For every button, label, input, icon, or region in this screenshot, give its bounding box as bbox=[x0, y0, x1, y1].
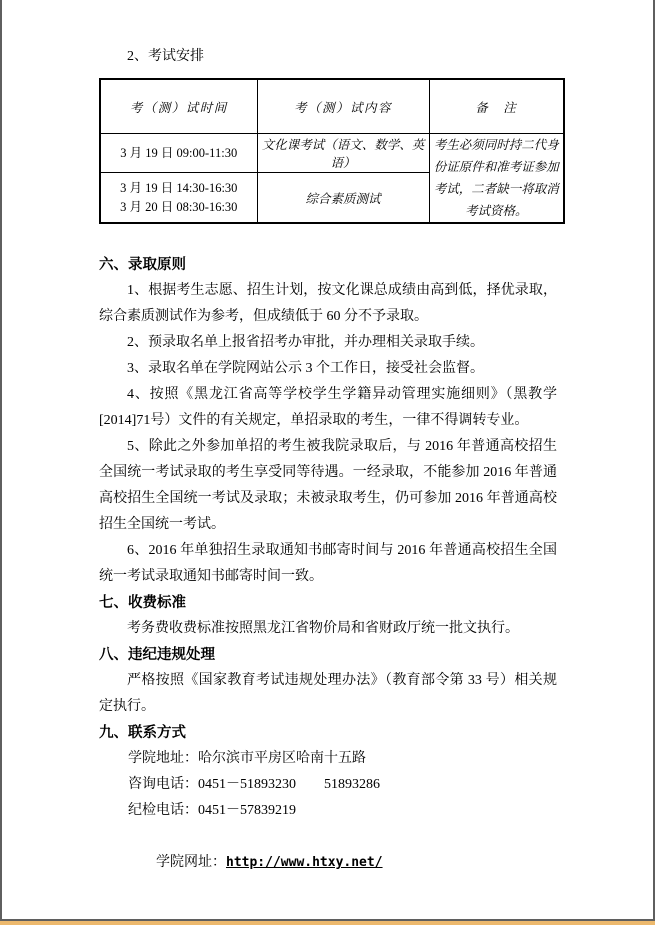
admission-paragraph-4: 4、按照《黑龙江省高等学校学生学籍异动管理实施细则》（黑教学[2014]71号）… bbox=[99, 382, 557, 434]
table-header-remark: 备 注 bbox=[429, 79, 564, 134]
section-heading-contact: 九、联系方式 bbox=[99, 720, 557, 746]
table-header-exam-time: 考（测）试时间 bbox=[100, 79, 257, 134]
contact-list: 学院地址：哈尔滨市平房区哈南十五路 咨询电话：0451－51893230 518… bbox=[99, 746, 557, 902]
document-content: 2、考试安排 考（测）试时间 考（测）试内容 备 注 3 月 19 日 09:0… bbox=[2, 0, 653, 902]
table-header-row: 考（测）试时间 考（测）试内容 备 注 bbox=[100, 79, 564, 134]
table-cell-content-1: 文化课考试（语文、数学、英语） bbox=[257, 134, 429, 173]
admission-paragraph-6: 6、2016 年单独招生录取通知书邮寄时间与 2016 年普通高校招生全国统一考… bbox=[99, 538, 557, 590]
table-cell-content-2: 综合素质测试 bbox=[257, 173, 429, 223]
contact-inquiry-phone: 咨询电话：0451－51893230 51893286 bbox=[128, 772, 557, 798]
admission-paragraph-5: 5、除此之外参加单招的考生被我院录取后，与 2016 年普通高校招生全国统一考试… bbox=[99, 434, 557, 538]
time-line-2: 3 月 20 日 08:30-16:30 bbox=[120, 200, 237, 214]
time-line-1: 3 月 19 日 14:30-16:30 bbox=[120, 181, 237, 195]
admission-paragraph-2: 2、预录取名单上报省招考办审批，并办理相关录取手续。 bbox=[99, 330, 557, 356]
contact-address: 学院地址：哈尔滨市平房区哈南十五路 bbox=[128, 746, 557, 772]
violations-paragraph: 严格按照《国家教育考试违规处理办法》（教育部令第 33 号）相关规定执行。 bbox=[99, 668, 557, 720]
website-label: 学院网址： bbox=[156, 855, 226, 870]
website-link[interactable]: http://www.htxy.net/ bbox=[226, 855, 383, 870]
table-cell-time-2: 3 月 19 日 14:30-16:30 3 月 20 日 08:30-16:3… bbox=[100, 173, 257, 223]
fees-paragraph: 考务费收费标准按照黑龙江省物价局和省财政厅统一批文执行。 bbox=[99, 616, 557, 642]
section-heading-violations: 八、违纪违规处理 bbox=[99, 642, 557, 668]
contact-website-line: 学院网址：http://www.htxy.net/ bbox=[128, 824, 557, 902]
section-heading-admission-principles: 六、录取原则 bbox=[99, 252, 557, 278]
admission-paragraph-1: 1、根据考生志愿、招生计划，按文化课总成绩由高到低，择优录取，综合素质测试作为参… bbox=[99, 278, 557, 330]
document-page: 2、考试安排 考（测）试时间 考（测）试内容 备 注 3 月 19 日 09:0… bbox=[0, 0, 655, 921]
section-heading-fees: 七、收费标准 bbox=[99, 590, 557, 616]
table-cell-remark: 考生必须同时持二代身份证原件和准考证参加考试，二者缺一将取消考试资格。 bbox=[429, 134, 564, 224]
table-row-culture-exam: 3 月 19 日 09:00-11:30 文化课考试（语文、数学、英语） 考生必… bbox=[100, 134, 564, 173]
table-header-exam-content: 考（测）试内容 bbox=[257, 79, 429, 134]
table-cell-time-1: 3 月 19 日 09:00-11:30 bbox=[100, 134, 257, 173]
exam-schedule-table: 考（测）试时间 考（测）试内容 备 注 3 月 19 日 09:00-11:30… bbox=[99, 78, 565, 224]
exam-arrangement-label: 2、考试安排 bbox=[99, 44, 557, 70]
admission-paragraph-3: 3、录取名单在学院网站公示 3 个工作日，接受社会监督。 bbox=[99, 356, 557, 382]
contact-discipline-phone: 纪检电话：0451－57839219 bbox=[128, 798, 557, 824]
